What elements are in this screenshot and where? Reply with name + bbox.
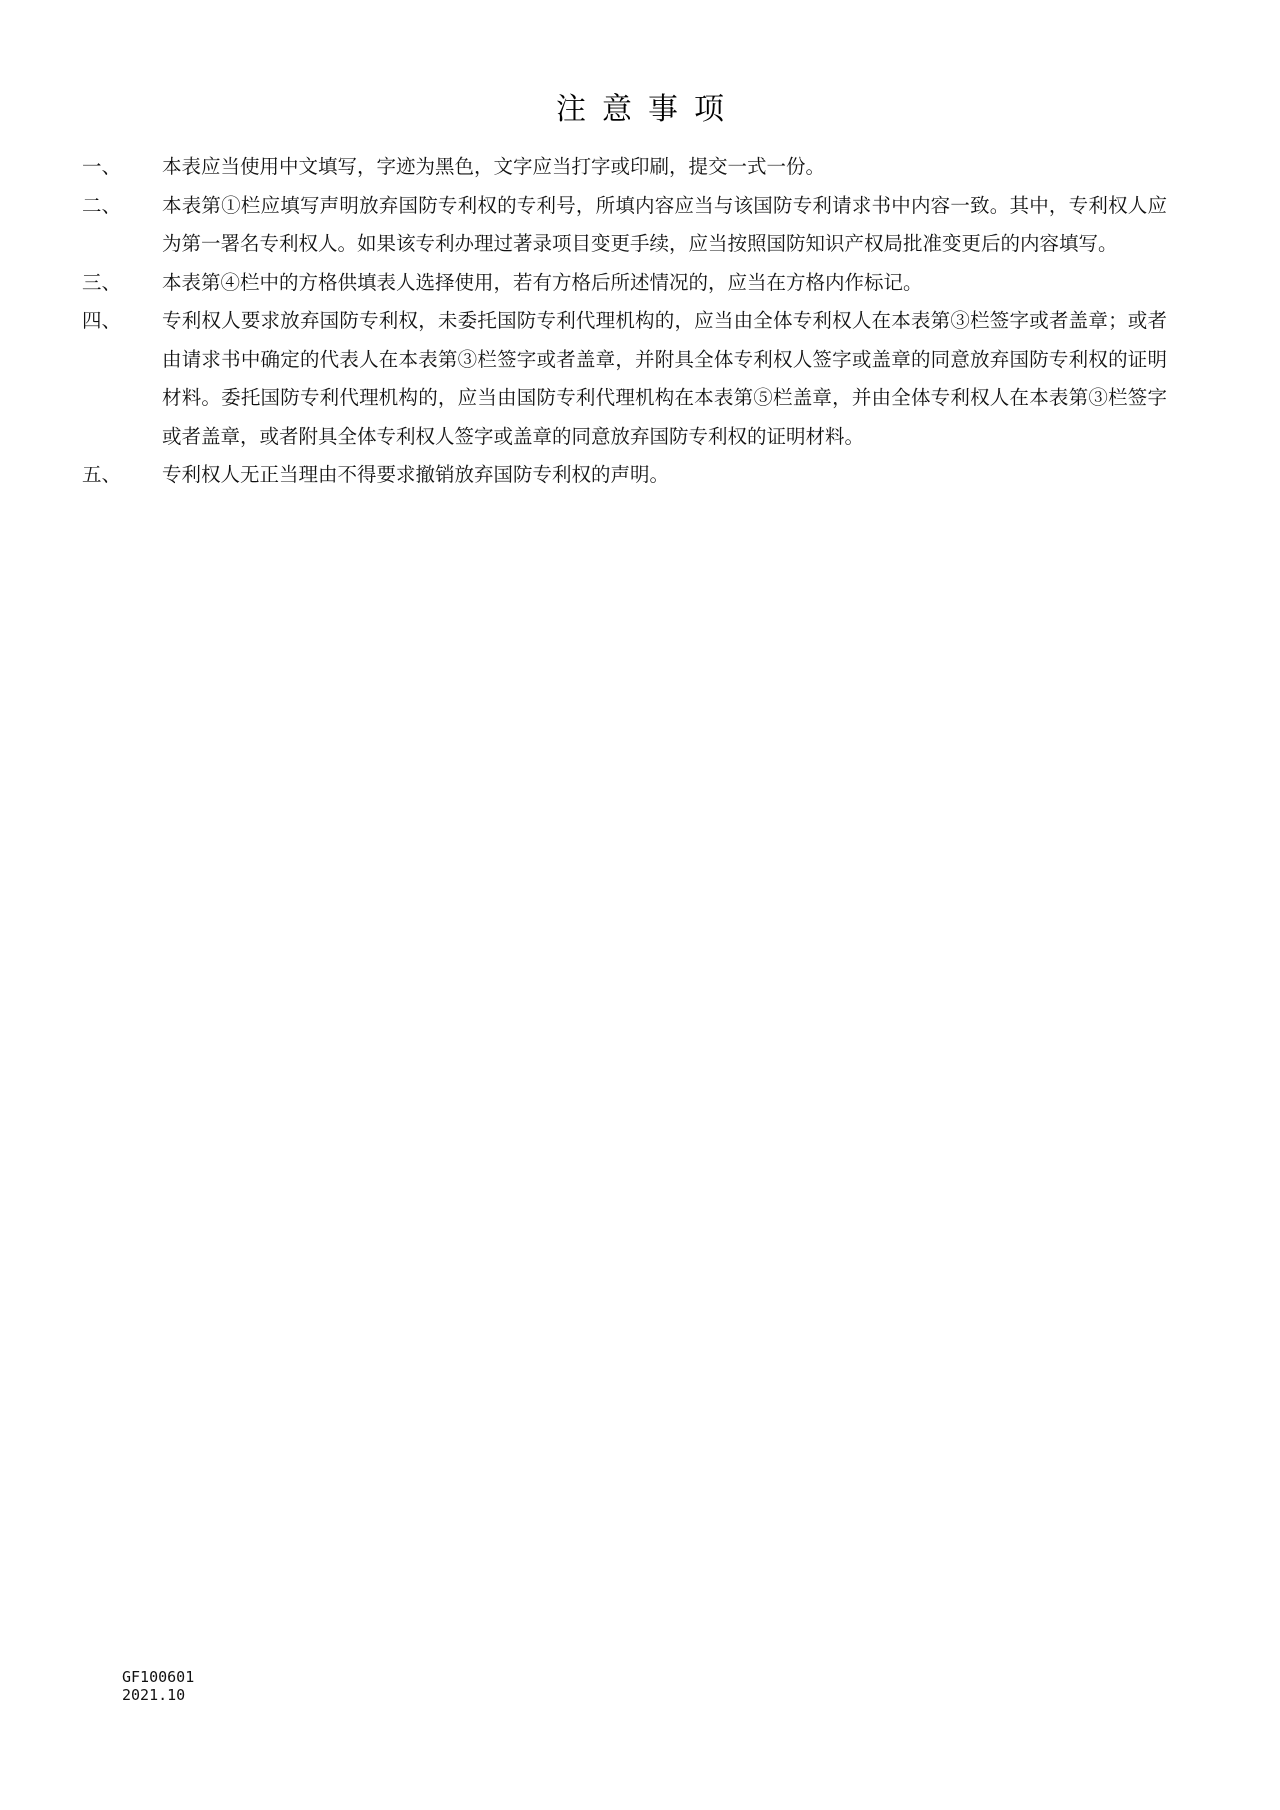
note-item-3: 三、本表第④栏中的方格供填表人选择使用，若有方格后所述情况的，应当在方格内作标记… xyxy=(122,264,1167,303)
note-number: 五、 xyxy=(82,456,122,495)
form-version-date: 2021.10 xyxy=(122,1686,194,1704)
form-code: GF100601 xyxy=(122,1668,194,1686)
note-item-5: 五、专利权人无正当理由不得要求撤销放弃国防专利权的声明。 xyxy=(122,456,1167,495)
note-item-2: 二、本表第①栏应填写声明放弃国防专利权的专利号，所填内容应当与该国防专利请求书中… xyxy=(122,187,1167,264)
note-number: 三、 xyxy=(82,264,122,303)
page-title: 注意事项 xyxy=(0,88,1280,132)
form-footer: GF100601 2021.10 xyxy=(122,1668,194,1704)
note-text: 专利权人要求放弃国防专利权，未委托国防专利代理机构的，应当由全体专利权人在本表第… xyxy=(162,309,1167,448)
note-text: 本表第①栏应填写声明放弃国防专利权的专利号，所填内容应当与该国防专利请求书中内容… xyxy=(162,194,1167,256)
note-number: 二、 xyxy=(82,187,122,226)
note-item-1: 一、本表应当使用中文填写，字迹为黑色，文字应当打字或印刷，提交一式一份。 xyxy=(122,148,1167,187)
note-number: 一、 xyxy=(82,148,122,187)
note-number: 四、 xyxy=(82,302,122,341)
note-text: 专利权人无正当理由不得要求撤销放弃国防专利权的声明。 xyxy=(162,463,669,486)
notes-list: 一、本表应当使用中文填写，字迹为黑色，文字应当打字或印刷，提交一式一份。 二、本… xyxy=(122,148,1167,495)
note-text: 本表应当使用中文填写，字迹为黑色，文字应当打字或印刷，提交一式一份。 xyxy=(162,155,825,178)
note-text: 本表第④栏中的方格供填表人选择使用，若有方格后所述情况的，应当在方格内作标记。 xyxy=(162,271,923,294)
note-item-4: 四、专利权人要求放弃国防专利权，未委托国防专利代理机构的，应当由全体专利权人在本… xyxy=(122,302,1167,456)
